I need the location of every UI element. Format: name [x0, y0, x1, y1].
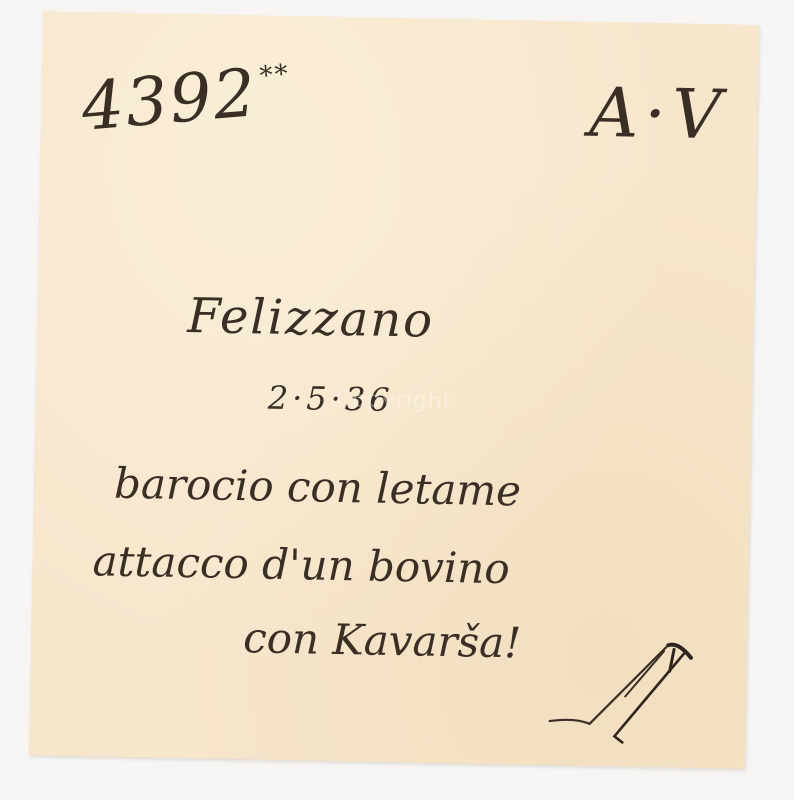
author-initials: A·V: [589, 80, 728, 151]
paper-note: 4392** A·V Felizzano 2·5·36 Copyright ba…: [29, 11, 759, 769]
watermark: Copyright: [336, 387, 453, 414]
place-name: Felizzano: [187, 292, 435, 345]
catalog-number-value: 4392: [79, 54, 261, 146]
body-line-2: attacco d'un bovino: [92, 540, 510, 590]
signature-monogram-icon: [544, 633, 706, 756]
catalog-number: 4392**: [79, 57, 294, 141]
body-line-1: barocio con letame: [114, 463, 522, 513]
body-line-3: con Kavarša!: [243, 617, 522, 664]
catalog-marks: **: [259, 59, 291, 91]
